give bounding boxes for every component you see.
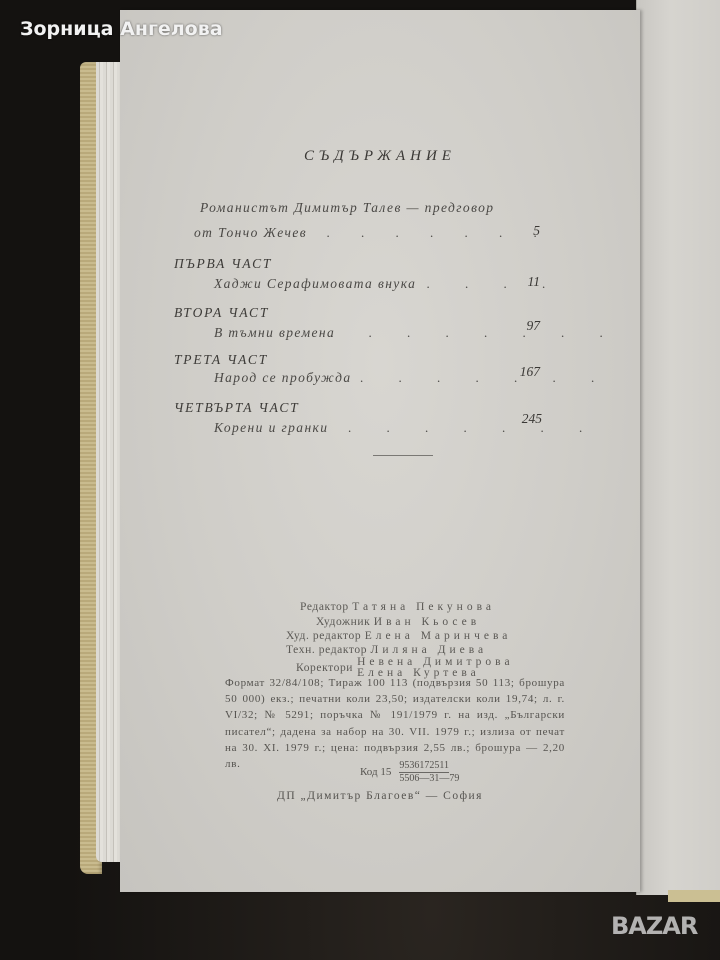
- credit-role: Техн. редактор: [286, 644, 367, 656]
- code-denominator: 5506—31—79: [399, 773, 459, 784]
- toc-leader-dots: . . . . . . .: [348, 420, 598, 436]
- toc-part-title: ТРЕТА ЧАСТ: [174, 352, 268, 368]
- bazar-logo-watermark: BAZAR: [611, 912, 697, 940]
- code-numerator: 9536172511: [399, 760, 449, 773]
- seller-name-watermark: Зорница Ангелова: [20, 18, 223, 40]
- code-fraction: 9536172511 5506—31—79: [399, 760, 459, 784]
- toc-chapter-title: Народ се пробужда: [214, 370, 351, 386]
- toc-leader-dots: . . . . . . . .: [330, 325, 619, 341]
- book-code: Код 15 9536172511 5506—31—79: [360, 760, 459, 784]
- section-divider: [373, 455, 433, 456]
- toc-part-title: ВТОРА ЧАСТ: [174, 305, 269, 321]
- credit-role: Художник: [316, 616, 370, 628]
- credit-role: Худ. редактор: [286, 630, 361, 642]
- credit-tech-editor: Техн. редактор Лиляна Диева: [286, 644, 487, 656]
- credit-role: Коректори: [296, 662, 353, 674]
- credit-artist: Художник Иван Кьосев: [316, 616, 480, 628]
- toc-part-title: ЧЕТВЪРТА ЧАСТ: [174, 400, 299, 416]
- credit-name: Лиляна Диева: [371, 644, 488, 656]
- toc-leader-dots: . . . . . . .: [360, 370, 610, 386]
- imprint-details: Формат 32/84/108; Тираж 100 113 (подвърз…: [225, 675, 565, 772]
- toc-page-number: 245: [502, 411, 542, 427]
- credit-editor: Редактор Татяна Пекунова: [300, 601, 495, 613]
- toc-page-number: 97: [500, 318, 540, 334]
- toc-heading: СЪДЪРЖАНИЕ: [120, 148, 640, 165]
- page-content: СЪДЪРЖАНИЕ Романистът Димитър Талев — пр…: [120, 10, 640, 892]
- credit-name: Иван Кьосев: [374, 616, 480, 628]
- toc-chapter-title: Хаджи Серафимовата внука: [214, 276, 416, 292]
- book-cover-corner: [668, 890, 720, 902]
- toc-page-number: 167: [500, 364, 540, 380]
- toc-preface-line1: Романистът Димитър Талев — предговор: [200, 200, 494, 216]
- publisher-line: ДП „Димитър Благоев“ — София: [120, 790, 640, 802]
- toc-chapter-title: Корени и гранки: [214, 420, 328, 436]
- credit-name: Татяна Пекунова: [352, 601, 495, 613]
- toc-page-number: 11: [500, 274, 540, 290]
- toc-preface-line2: от Тончо Жечев: [194, 225, 307, 241]
- credit-art-editor: Худ. редактор Елена Маринчева: [286, 630, 511, 642]
- photo-scene: СЪДЪРЖАНИЕ Романистът Димитър Талев — пр…: [0, 0, 720, 960]
- toc-part-title: ПЪРВА ЧАСТ: [174, 256, 272, 272]
- credit-role: Редактор: [300, 601, 349, 613]
- toc-page-number: 5: [500, 223, 540, 239]
- toc-chapter-title: В тъмни времена: [214, 325, 335, 341]
- code-label: Код 15: [360, 766, 391, 778]
- credit-name: Елена Маринчева: [365, 630, 512, 642]
- book-page: СЪДЪРЖАНИЕ Романистът Димитър Талев — пр…: [120, 10, 640, 892]
- facing-page-edge: [636, 0, 720, 895]
